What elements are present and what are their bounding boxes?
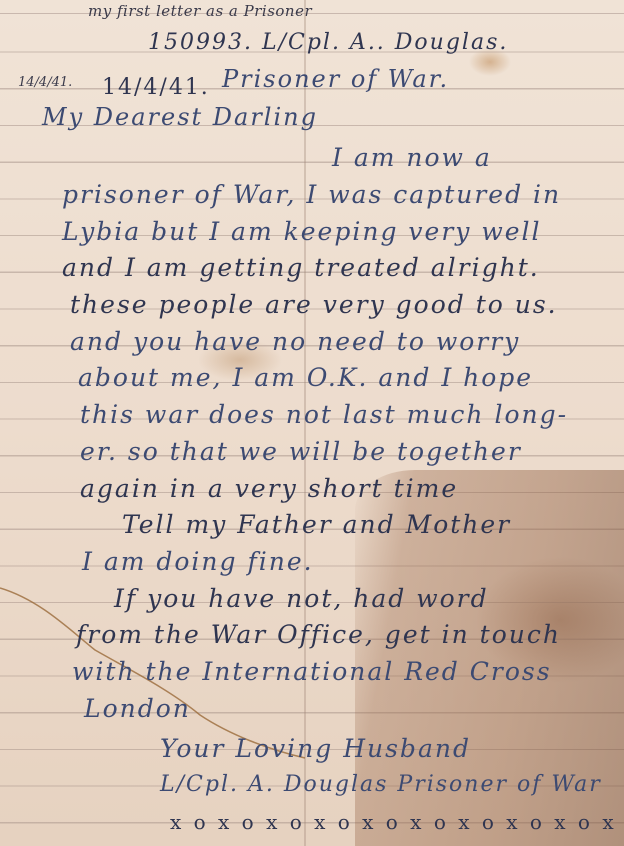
body-line-4: and I am getting treated alright. bbox=[62, 253, 540, 282]
body-line-10: again in a very short time bbox=[80, 474, 458, 503]
date-large: 14/4/41. bbox=[102, 75, 210, 100]
salutation: My Dearest Darling bbox=[42, 103, 318, 131]
signature: L/Cpl. A. Douglas Prisoner of War bbox=[160, 772, 602, 797]
body-line-8: this war does not last much long- bbox=[80, 400, 568, 429]
body-line-11: Tell my Father and Mother bbox=[122, 510, 511, 539]
body-line-13: If you have not, had word bbox=[114, 584, 489, 613]
kisses-row: x o x o x o x o x o x o x o x o x o x o bbox=[170, 810, 624, 834]
body-line-9: er. so that we will be together bbox=[80, 437, 522, 466]
letter-page: my first letter as a Prisoner 150993. L/… bbox=[0, 0, 624, 846]
body-line-16: London bbox=[84, 694, 191, 723]
service-number-line: 150993. L/Cpl. A.. Douglas. bbox=[148, 30, 508, 55]
body-line-6: and you have no need to worry bbox=[70, 327, 520, 356]
closing: Your Loving Husband bbox=[160, 734, 471, 763]
body-line-14: from the War Office, get in touch bbox=[76, 620, 561, 649]
annotation-first-letter: my first letter as a Prisoner bbox=[88, 2, 312, 20]
body-line-5: these people are very good to us. bbox=[70, 290, 558, 319]
prisoner-of-war-heading: Prisoner of War. bbox=[222, 65, 449, 93]
body-line-7: about me, I am O.K. and I hope bbox=[78, 363, 533, 392]
body-line-15: with the International Red Cross bbox=[72, 657, 552, 686]
body-line-1: I am now a bbox=[332, 143, 492, 172]
body-line-2: prisoner of War, I was captured in bbox=[62, 180, 561, 209]
body-line-3: Lybia but I am keeping very well bbox=[62, 217, 542, 246]
date-small: 14/4/41. bbox=[18, 75, 72, 90]
body-line-12: I am doing fine. bbox=[82, 547, 314, 576]
